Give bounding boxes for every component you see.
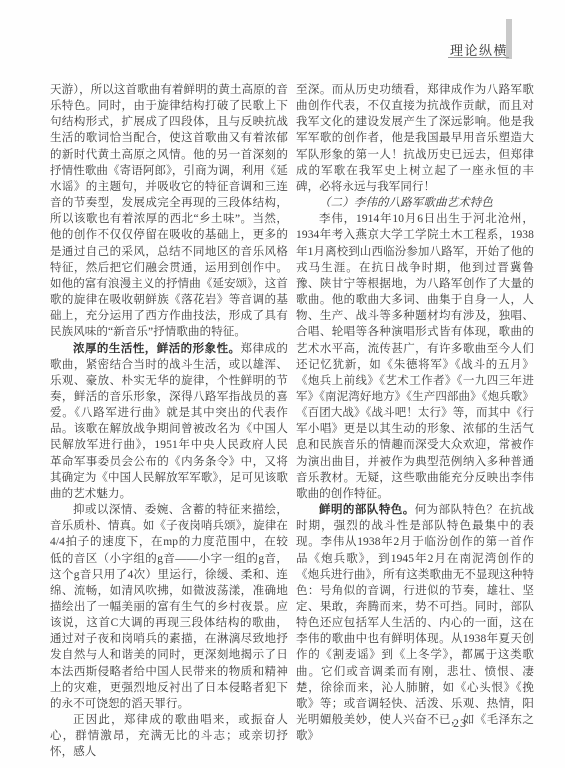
body-paragraph: 天游），所以这首歌曲有着鲜明的黄土高原的音乐特色。同时，由于旋律结构打破了民歌上… [50,82,288,341]
body-paragraph: 抑或以深情、委婉、含蓄的特征来描绘，音乐质朴、情真。如《子夜岗哨兵颂》，旋律在4… [50,502,288,712]
body-paragraph: 鲜明的部队特色。何为部队特色？在抗战时期，强烈的战斗性是部队特色最集中的表现。李… [296,502,534,744]
two-column-text-area: 天游），所以这首歌曲有着鲜明的黄土高原的音乐特色。同时，由于旋律结构打破了民歌上… [50,82,535,761]
right-column: 至深。而从历史功绩看，郑律成作为八路军歌曲创作代表，不仅直接为抗战作贡献，而且对… [296,82,534,761]
body-paragraph: 李伟，1914年10月6日出生于河北沧州，1934年考入燕京大学工学院土木工程系… [296,211,534,502]
scanned-journal-page: 理论纵横 天游），所以这首歌曲有着鲜明的黄土高原的音乐特色。同时，由于旋律结构打… [0,0,565,768]
paragraph-bold-lead: 浓厚的生活性，鲜活的形象性。 [73,343,241,355]
body-paragraph: 浓厚的生活性，鲜活的形象性。郑律成的歌曲，紧密结合当时的战斗生活，或以雄浑、乐观… [50,341,288,503]
header-underline-divider [448,57,509,58]
page-number: 23 [453,716,467,731]
body-paragraph: 正因此，郑律成的歌曲唱来，或振奋人心，群情激昂，充满无比的斗志；或亲切抒怀，感人 [50,712,288,760]
body-paragraph: 至深。而从历史功绩看，郑律成作为八路军歌曲创作代表，不仅直接为抗战作贡献，而且对… [296,82,534,195]
paragraph-bold-lead: 鲜明的部队特色。 [319,504,415,516]
left-column: 天游），所以这首歌曲有着鲜明的黄土高原的音乐特色。同时，由于旋律结构打破了民歌上… [50,82,288,761]
subsection-heading: （二）李伟的八路军歌曲艺术特色 [296,195,534,211]
